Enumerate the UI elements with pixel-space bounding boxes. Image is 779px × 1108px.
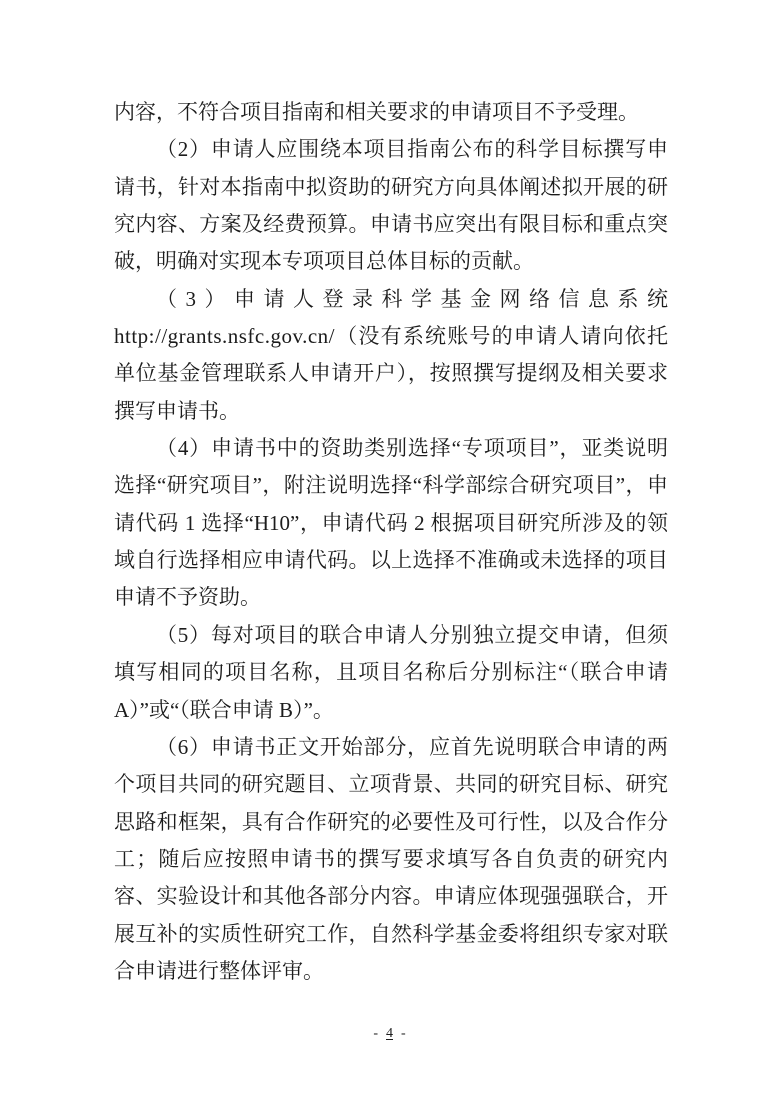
paragraph-continuation: 内容，不符合项目指南和相关要求的申请项目不予受理。 [114,94,668,131]
paragraph-6: （6）申请书正文开始部分，应首先说明联合申请的两个项目共同的研究题目、立项背景、… [114,729,668,990]
paragraph-4: （4）申请书中的资助类别选择“专项项目”，亚类说明选择“研究项目”，附注说明选择… [114,430,668,617]
footer-left-dash: - [373,1026,378,1042]
page-footer: -4- [0,1026,779,1042]
page-number: 4 [386,1026,393,1042]
footer-right-dash: - [401,1026,406,1042]
paragraph-2: （2）申请人应围绕本项目指南公布的科学目标撰写申请书，针对本指南中拟资助的研究方… [114,131,668,280]
document-page: 内容，不符合项目指南和相关要求的申请项目不予受理。 （2）申请人应围绕本项目指南… [0,0,779,1108]
paragraph-3-intro: （3）申请人登录科学基金网络信息系统 [156,287,668,311]
grants-system-url: http://grants.nsfc.gov.cn/ [114,324,335,348]
paragraph-5: （5）每对项目的联合申请人分别独立提交申请，但须填写相同的项目名称，且项目名称后… [114,617,668,729]
paragraph-3: （3）申请人登录科学基金网络信息系统http://grants.nsfc.gov… [114,281,668,430]
document-text-block: 内容，不符合项目指南和相关要求的申请项目不予受理。 （2）申请人应围绕本项目指南… [114,94,668,990]
